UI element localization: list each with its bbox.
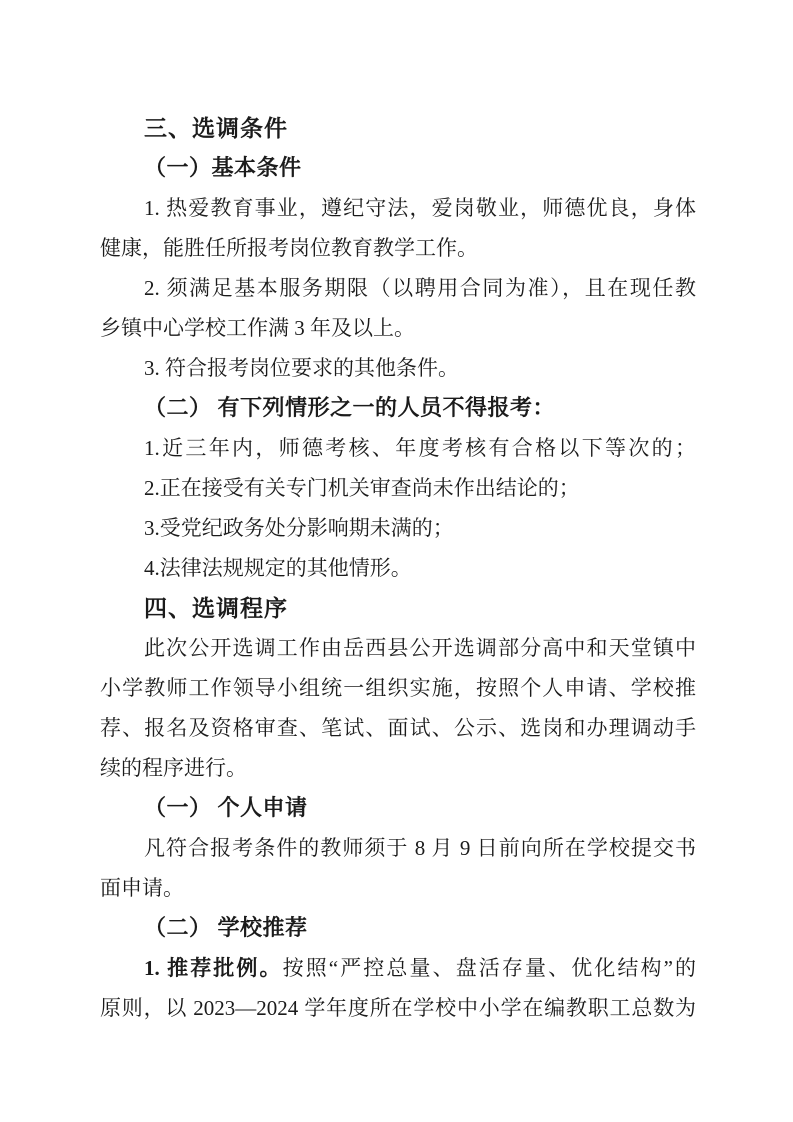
text-run: 按照“严控总量、盘活存量、优化结构”的	[283, 956, 696, 980]
paragraph-line: 凡符合报考条件的教师须于 8 月 9 日前向所在学校提交书	[100, 828, 696, 868]
paragraph-line: 续的程序进行。	[100, 748, 696, 788]
text-run: （一） 个人申请	[144, 795, 308, 820]
paragraph-line: 2.正在接受有关专门机关审查尚未作出结论的；	[100, 468, 696, 508]
text-run: （二） 学校推荐	[144, 915, 308, 940]
text-run: 此次公开选调工作由岳西县公开选调部分高中和天堂镇中	[144, 636, 696, 660]
subsection-heading: （一） 个人申请	[100, 788, 696, 828]
paragraph-line: 原则，以 2023—2024 学年度所在学校中小学在编教职工总数为	[100, 988, 696, 1028]
text-run: 健康，能胜任所报考岗位教育教学工作。	[100, 236, 478, 260]
text-run: （二） 有下列情形之一的人员不得报考：	[144, 395, 555, 420]
text-run: 三、选调条件	[144, 115, 288, 141]
text-run: （一）基本条件	[144, 155, 302, 180]
paragraph-line: 4.法律法规规定的其他情形。	[100, 548, 696, 588]
paragraph-line: 健康，能胜任所报考岗位教育教学工作。	[100, 228, 696, 268]
text-run: 原则，以 2023—2024 学年度所在学校中小学在编教职工总数为	[100, 996, 696, 1020]
text-run: 四、选调程序	[144, 595, 288, 621]
subsection-heading: （二） 有下列情形之一的人员不得报考：	[100, 388, 696, 428]
text-run: 1. 推荐批例。	[144, 956, 283, 980]
paragraph-line: 3.受党纪政务处分影响期未满的；	[100, 508, 696, 548]
paragraph-line: 荐、报名及资格审查、笔试、面试、公示、选岗和办理调动手	[100, 708, 696, 748]
paragraph-line: 1.近三年内，师德考核、年度考核有合格以下等次的；	[100, 428, 696, 468]
text-run: 3.受党纪政务处分影响期未满的；	[144, 516, 454, 540]
text-run: 乡镇中心学校工作满 3 年及以上。	[100, 316, 415, 340]
paragraph-line: 面申请。	[100, 868, 696, 908]
page-content: 三、选调条件（一）基本条件1. 热爱教育事业，遵纪守法，爱岗敬业，师德优良，身体…	[100, 108, 696, 1028]
section-heading: 三、选调条件	[100, 108, 696, 148]
text-run: 1.近三年内，师德考核、年度考核有合格以下等次的；	[144, 436, 696, 460]
paragraph-line: 2. 须满足基本服务期限（以聘用合同为准），且在现任教	[100, 268, 696, 308]
subsection-heading: （二） 学校推荐	[100, 908, 696, 948]
text-run: 续的程序进行。	[100, 756, 247, 780]
document-page: 三、选调条件（一）基本条件1. 热爱教育事业，遵纪守法，爱岗敬业，师德优良，身体…	[0, 0, 793, 1122]
paragraph-line: 1. 热爱教育事业，遵纪守法，爱岗敬业，师德优良，身体	[100, 188, 696, 228]
text-run: 面申请。	[100, 876, 184, 900]
text-run: 1. 热爱教育事业，遵纪守法，爱岗敬业，师德优良，身体	[144, 196, 696, 220]
paragraph-line: 3. 符合报考岗位要求的其他条件。	[100, 348, 696, 388]
section-heading: 四、选调程序	[100, 588, 696, 628]
subsection-heading: （一）基本条件	[100, 148, 696, 188]
paragraph-line: 此次公开选调工作由岳西县公开选调部分高中和天堂镇中	[100, 628, 696, 668]
text-run: 2. 须满足基本服务期限（以聘用合同为准），且在现任教	[144, 276, 696, 300]
paragraph-line: 小学教师工作领导小组统一组织实施，按照个人申请、学校推	[100, 668, 696, 708]
text-run: 2.正在接受有关专门机关审查尚未作出结论的；	[144, 476, 580, 500]
text-run: 3. 符合报考岗位要求的其他条件。	[144, 356, 459, 380]
text-run: 凡符合报考条件的教师须于 8 月 9 日前向所在学校提交书	[144, 836, 696, 860]
text-run: 小学教师工作领导小组统一组织实施，按照个人申请、学校推	[100, 676, 696, 700]
paragraph-line: 乡镇中心学校工作满 3 年及以上。	[100, 308, 696, 348]
text-run: 荐、报名及资格审查、笔试、面试、公示、选岗和办理调动手	[100, 716, 696, 740]
paragraph-line: 1. 推荐批例。按照“严控总量、盘活存量、优化结构”的	[100, 948, 696, 988]
text-run: 4.法律法规规定的其他情形。	[144, 556, 412, 580]
